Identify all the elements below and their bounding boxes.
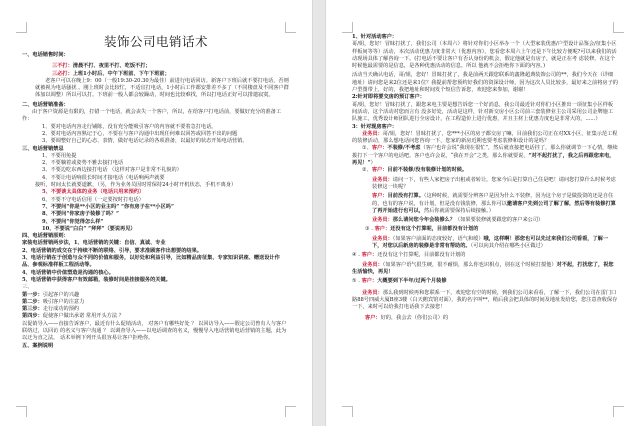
margin-corner-mark: [613, 406, 624, 417]
rule-line: 三不打：清晨不打、夜里不打、吃饭不打；: [22, 63, 290, 70]
agent-label: 业务员：: [362, 262, 383, 268]
paragraph: 哥/姐，您好！冒昧打扰了，我们公司（本周六）将针对你们小区举办一个（大型家装优惠…: [352, 41, 618, 70]
step-text: 促使客户做出承诺 常用开头方法 ？: [43, 313, 124, 319]
margin-corner-mark: [16, 406, 27, 417]
rule-label: 三不打：: [52, 63, 73, 69]
dialogue-text: 好的，我会去（你们公司）的: [381, 315, 448, 321]
list-item-highlight: 5、不要谈太具体的业务（电话只用来预约）: [22, 189, 290, 196]
margin-corner-mark: [342, 406, 353, 417]
rule-label: 三必打: [52, 71, 68, 77]
list-item: 6、不要不守电话信用（一定要按时打电话）: [22, 197, 290, 204]
paragraph: 由于客户资源是有限的，打错一个电话，就会丧失一个客户，所以，在给客户打电话前，要…: [22, 109, 290, 124]
case-heading: 2:针对即将要交房的预订客户：: [352, 94, 618, 101]
list-item: 家装电话营销两步法，1、电话营销的关键：自信、真诚、专业: [22, 240, 290, 247]
agent-label: 业务员：: [372, 236, 393, 242]
dialogue-line: ②、客户：目前不装修/没有装修计划的时候。: [352, 167, 618, 174]
dialogue-text: （可以向其介绍在哪些小区做过）: [471, 243, 546, 249]
list-item: 2、电话营销的成交在于持续不断的联络、引导，要求准顾客作出想要的结果。: [22, 248, 290, 255]
customer-label: 客户：: [362, 252, 378, 258]
margin-corner-mark: [285, 22, 296, 33]
case-title: 不装修/不考虑: [387, 145, 420, 151]
list-item: 4、电话营销中价值塑造是沟通的核心。: [22, 270, 290, 277]
dialogue-line: ①、客户：不装修/不考虑（客户也许会说“我现在很忙”，然后就直接把电话挂了，那么…: [352, 145, 618, 167]
list-item: 3、要调整好自己的心态、表情，做好电话记录的各项准备，以最好的状态开始电话营销。: [22, 138, 290, 145]
case-title: 大概要到下半年/过两个月装修: [377, 278, 446, 284]
document-viewer: 装饰公司电销话术 一、电话销售时间： 三不打：清晨不打、夜里不打、吃饭不打； 三…: [0, 0, 640, 426]
dialogue-line: 业务员：哥/姐，您好！冒昧打扰了，您***小区的房子都交房了嘛，目前我们公司正在…: [352, 131, 618, 146]
section-heading: 三、: [22, 284, 290, 291]
page-1-content[interactable]: 装饰公司电销话术 一、电话销售时间： 三不打：清晨不打、夜里不打、吃饭不打； 三…: [22, 34, 290, 350]
step-label: 第三步：: [22, 306, 43, 312]
list-item: 9、不要问“你觉得怎么样”: [22, 219, 290, 226]
list-item: 3、电话行销在于创造与众不同的价值和服务，以好处和利益引导，比如精品房征集、专家…: [22, 255, 290, 270]
customer-label: 客户：: [375, 226, 391, 232]
step-text: 吸引客户的注意力: [43, 299, 85, 305]
list-item: 3、不要边吃东西边接打电话 （这样对客户是非常不礼貌的）: [22, 167, 290, 174]
paragraph: 哥/姐，您好！冒昧打扰了，跟您来电主要是想告诉您一个好消息，我公司最近针对你们小…: [352, 102, 618, 124]
section-heading: 二、电话营销准备：: [22, 102, 290, 109]
case-title: 还没有这个打算呢，目前都没有计划的: [390, 226, 478, 232]
dialogue-line: ③ . 客户：还没有这个打算呢，目前都没有计划的: [352, 226, 618, 233]
dialogue-text: 请问一下，有些人家把房子出租或者转让，您家今后是打算自己住是吧！请问您打算什么时…: [372, 177, 616, 190]
margin-corner-mark: [285, 406, 296, 417]
customer-label: 客户：: [372, 167, 388, 173]
list-item: 4、不要让电话响很长时间才接电话（电话响两声就要: [22, 175, 290, 182]
step-label: 第一步：: [22, 292, 43, 298]
dialogue-line: 业务员：（如果客户前面的态度较好，语气和缓）哦，这样啊！那您也可以先过来我们公司…: [352, 236, 618, 251]
case-number: ⑤: [352, 278, 357, 284]
case-title: 还没有这个打算呢，目前都没有计划的: [377, 252, 465, 258]
dialogue-text: （如果客户前面的态度较好，语气和缓）: [393, 236, 484, 242]
dialogue-line: 业务员：请问一下，有些人家把房子出租或者转让，您家今后是打算自己住是吧！请问您打…: [352, 177, 618, 192]
paragraph: 老客户可以在晚上9：00（一般19:30-20.30为最佳）前进行电话回访。新客…: [22, 78, 290, 100]
rule-line: 三必打：上班1小时后、中午下班前、下午下班前；: [22, 71, 290, 78]
document-title: 装饰公司电销话术: [22, 34, 290, 50]
agent-label: 业务员：: [372, 217, 393, 223]
page-1: 装饰公司电销话术 一、电话销售时间： 三不打：清晨不打、夜里不打、吃饭不打； 三…: [0, 0, 312, 426]
case-heading: 3：针对现房客户：: [352, 124, 618, 131]
agent-label: 业务员：: [362, 290, 383, 296]
page-gap: [312, 0, 326, 426]
dialogue-text: 哥/姐，您好！冒昧打扰了，您***小区的房子都交房了嘛，目前我们公司正在对XX小…: [352, 131, 618, 144]
rule-text: ：上班1小时后、中午下班前、下午下班前；: [68, 71, 170, 77]
dialogue-line: ④ . 客户：还没有这个打算呢，目前都没有计划的: [352, 252, 618, 259]
margin-corner-mark: [613, 22, 624, 33]
case-number: ④: [352, 252, 357, 258]
paragraph: 以促销导入——直接告诉客户，最近有什么促销活动， 对客户有哪些好处 ？ 以回访导…: [22, 321, 290, 343]
step-item: 第二步：吸引客户的注意力: [22, 299, 290, 306]
agent-label: 业务员：: [372, 177, 393, 183]
page-2: 1、针对活动客户： 哥/姐，您好！冒昧打扰了，我们公司（本周六）将针对你们小区举…: [326, 0, 640, 426]
case-title: 目前不装修/没有装修计划的时候。: [387, 167, 467, 173]
customer-label: 客户：: [365, 315, 381, 321]
section-heading: 一、电话销售时间：: [22, 52, 290, 59]
step-text: 走行成功的预约: [43, 306, 79, 312]
case-number: ②、: [362, 167, 372, 173]
dialogue-line: 客户：好的，我会去（你们公司）的: [352, 315, 618, 322]
customer-label: 客户：: [362, 278, 378, 284]
dialogue-line: 业务员：那么我到时候再和您联系一下，欢迎您有空的时候，到我们公司来看看，了解一下…: [352, 290, 618, 312]
list-item: 1、要对电话内容走行铺陈，没有充分能吸引客户的内容就不要着急打电话。: [22, 124, 290, 131]
margin-corner-mark: [342, 22, 353, 33]
paragraph: 活动当天确认电话，哥/姐，您好！冒昧打扰了，我是前两天跟您联系的鑫隆超典装饰公司…: [352, 72, 618, 94]
dialogue-emphasis: 那么请问您今年会装修么？: [393, 217, 455, 223]
step-text: 引起客户的兴趣: [43, 292, 79, 298]
dialogue-text: （如果要装修就要跟您的客户来公司）: [455, 217, 543, 223]
step-label: 第二步：: [22, 299, 43, 305]
case-number: ①、: [362, 145, 372, 151]
dialogue-line: 业务员：那么请问您今年会装修么？（如果要装修就要跟您的客户来公司）: [352, 217, 618, 224]
dialogue-text: 那么我到时候再和您联系一下，欢迎您有空的时候，到我们公司来看看，了解一下，我们公…: [352, 290, 617, 311]
dialogue-text: 然后你就需要保持后续接触。）: [424, 208, 494, 214]
customer-label: 客户：: [372, 145, 388, 151]
case-number: ③: [365, 226, 370, 232]
dialogue-line: 业务员：（如果客户语气很生硬，很不耐烦，那么你也识相点，别在这个时候打搅他）对不…: [352, 262, 618, 277]
customer-label: 客户：: [372, 193, 388, 199]
dialogue-text: ）: [371, 160, 376, 166]
dialogue-line: 客户：目前没有打算。（这种时候，就需要分辨客户是因为什么不装修，因为这个房子是做…: [352, 193, 618, 215]
dialogue-text: （如果客户语气很生硬，很不耐烦，那么你也识相点，别在这个时候打搅他）: [383, 262, 557, 268]
list-item: 5、电话营销中获得客户有效邮箱，装修时间是挂接服务的关键。: [22, 277, 290, 284]
step-label: 第四步：: [22, 313, 43, 319]
agent-label: 业务员：: [362, 131, 383, 137]
case-title: 目前没有打算。: [388, 193, 424, 199]
rule-text: 清晨不打、夜里不打、吃饭不打；: [73, 63, 151, 69]
page-2-content[interactable]: 1、针对活动客户： 哥/姐，您好！冒昧打扰了，我们公司（本周六）将针对你们小区举…: [352, 34, 618, 323]
margin-corner-mark: [16, 22, 27, 33]
step-item: 第四步：促使客户做出承诺 常用开头方法 ？: [22, 313, 290, 320]
step-item: 第一步：引起客户的兴趣: [22, 292, 290, 299]
section-heading: 三、电话营销禁忌: [22, 146, 290, 153]
list-item: 8、不要问“你家房子装修了吗？”: [22, 211, 290, 218]
section-heading: 五、案例说明: [22, 343, 290, 350]
dialogue-line: ⑤ . 客户：大概要到下半年/过两个月装修: [352, 278, 618, 285]
